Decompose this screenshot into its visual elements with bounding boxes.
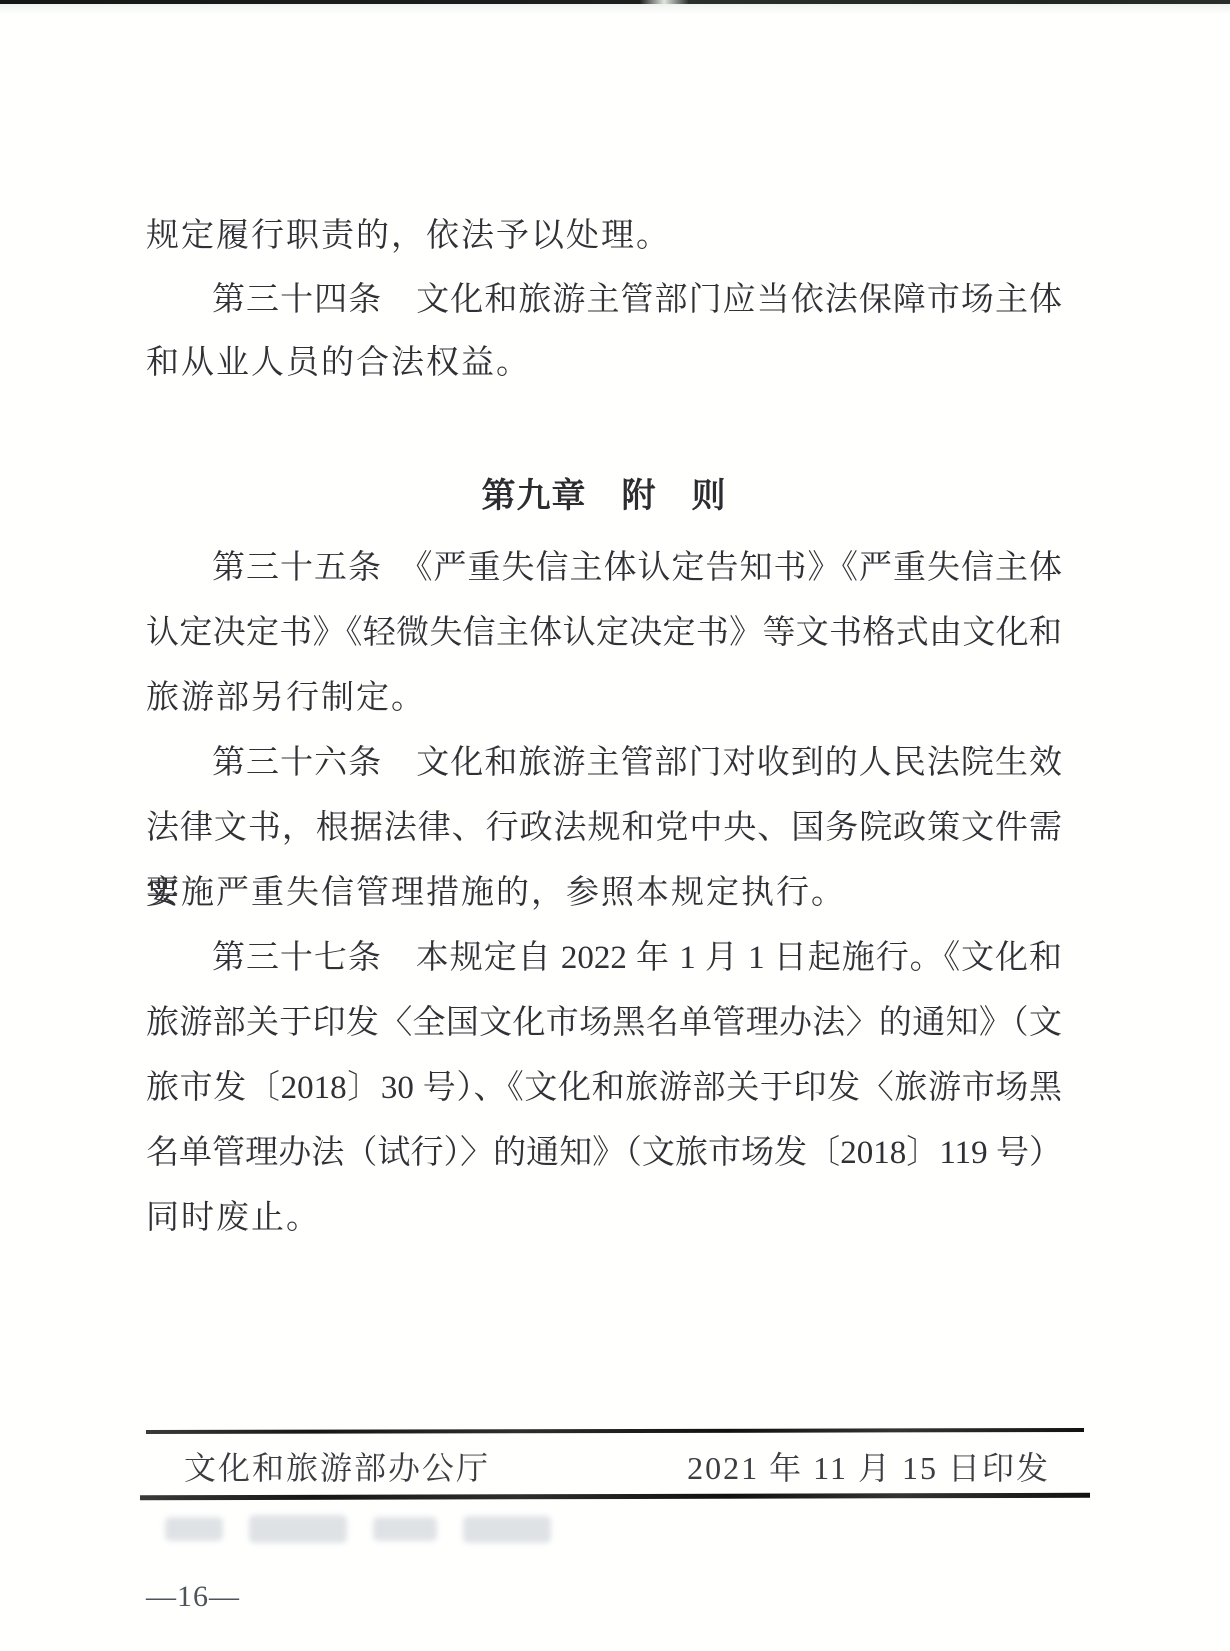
- paragraph-group: 规定履行职责的，依法予以处理。 第三十四条 文化和旅游主管部门应当依法保障市场主…: [146, 205, 1062, 396]
- body-line: 同时废止。: [146, 1186, 1062, 1251]
- body-line-article-34: 第三十四条 文化和旅游主管部门应当依法保障市场主体: [146, 269, 1062, 333]
- paragraph-group: 第三十五条 《严重失信主体认定告知书》《严重失信主体 认定决定书》《轻微失信主体…: [146, 536, 1062, 1251]
- ink-bleed-blob: [165, 1517, 223, 1541]
- ink-bleed-blob: [249, 1515, 347, 1543]
- body-line-article-37: 第三十七条 本规定自 2022 年 1 月 1 日起施行。《文化和: [146, 926, 1062, 991]
- footer-print-date: 2021 年 11 月 15 日印发: [687, 1443, 1050, 1489]
- body-line: 和从业人员的合法权益。: [146, 332, 1062, 396]
- body-line: 认定决定书》《轻微失信主体认定决定书》等文书格式由文化和: [146, 601, 1062, 666]
- body-line: 名单管理办法（试行）〉的通知》（文旅市场发〔2018〕119 号）: [146, 1121, 1062, 1186]
- footer-bottom-rule: [140, 1493, 1090, 1500]
- body-line-article-35: 第三十五条 《严重失信主体认定告知书》《严重失信主体: [146, 536, 1062, 601]
- page-number: —16—: [146, 1580, 240, 1614]
- ink-bleed-blob: [373, 1517, 437, 1541]
- body-line: 实施严重失信管理措施的，参照本规定执行。: [146, 861, 1062, 926]
- body-line: 旅市发〔2018〕30 号）、《文化和旅游部关于印发〈旅游市场黑: [146, 1056, 1062, 1121]
- scanned-document-page: 规定履行职责的，依法予以处理。 第三十四条 文化和旅游主管部门应当依法保障市场主…: [0, 0, 1230, 1651]
- scan-edge-shadow: [0, 4, 1230, 14]
- ink-bleed-blob: [463, 1516, 551, 1543]
- body-line: 规定履行职责的，依法予以处理。: [146, 205, 1062, 269]
- body-line: 旅游部另行制定。: [146, 666, 1062, 731]
- footer-top-rule: [146, 1428, 1084, 1434]
- document-footer: 文化和旅游部办公厅 2021 年 11 月 15 日印发: [146, 1444, 1084, 1488]
- footer-issuing-office: 文化和旅游部办公厅: [184, 1443, 490, 1489]
- body-line: 法律文书，根据法律、行政法规和党中央、国务院政策文件需要: [146, 796, 1062, 861]
- ink-bleed-artifact: [165, 1512, 585, 1546]
- body-line-article-36: 第三十六条 文化和旅游主管部门对收到的人民法院生效: [146, 731, 1062, 796]
- chapter-heading: 第九章 附 则: [146, 464, 1062, 528]
- body-line: 旅游部关于印发〈全国文化市场黑名单管理办法〉的通知》（文: [146, 991, 1062, 1056]
- document-body: 规定履行职责的，依法予以处理。 第三十四条 文化和旅游主管部门应当依法保障市场主…: [146, 205, 1062, 1251]
